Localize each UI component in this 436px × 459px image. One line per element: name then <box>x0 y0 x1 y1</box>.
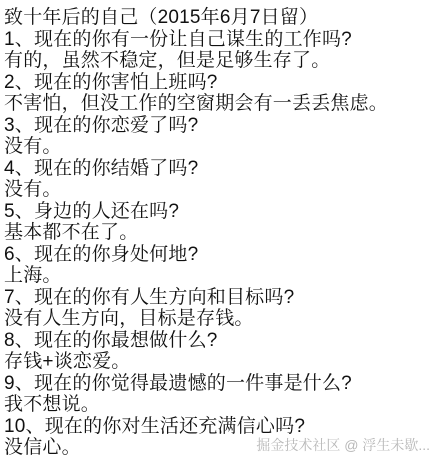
qa-item: 3、现在的你恋爱了吗? 没有。 <box>4 115 432 158</box>
qa-item: 5、身边的人还在吗? 基本都不在了。 <box>4 201 432 244</box>
answer-line: 存钱+谈恋爱。 <box>4 351 432 373</box>
qa-item: 4、现在的你结婚了吗? 没有。 <box>4 158 432 201</box>
answer-line: 没有。 <box>4 136 432 158</box>
question-line: 1、现在的你有一份让自己谋生的工作吗? <box>4 29 432 51</box>
question-line: 8、现在的你最想做什么? <box>4 330 432 352</box>
qa-item: 2、现在的你害怕上班吗? 不害怕，但没工作的空窗期会有一丢丢焦虑。 <box>4 72 432 115</box>
question-line: 4、现在的你结婚了吗? <box>4 158 432 180</box>
answer-line: 没有。 <box>4 179 432 201</box>
question-line: 5、身边的人还在吗? <box>4 201 432 223</box>
answer-line: 上海。 <box>4 265 432 287</box>
answer-line: 基本都不在了。 <box>4 222 432 244</box>
question-line: 7、现在的你有人生方向和目标吗? <box>4 287 432 309</box>
question-line: 2、现在的你害怕上班吗? <box>4 72 432 94</box>
qa-list: 1、现在的你有一份让自己谋生的工作吗? 有的，虽然不稳定，但是足够生存了。 2、… <box>4 29 432 459</box>
qa-item: 7、现在的你有人生方向和目标吗? 没有人生方向，目标是存钱。 <box>4 287 432 330</box>
answer-line: 我不想说。 <box>4 394 432 416</box>
question-line: 3、现在的你恋爱了吗? <box>4 115 432 137</box>
watermark: 掘金技术社区 @ 浮生未歇... <box>256 436 430 454</box>
question-line: 9、现在的你觉得最遗憾的一件事是什么? <box>4 373 432 395</box>
qa-item: 6、现在的你身处何地? 上海。 <box>4 244 432 287</box>
letter-document: 致十年后的自己（2015年6月7日留） 1、现在的你有一份让自己谋生的工作吗? … <box>0 0 436 459</box>
answer-line: 有的，虽然不稳定，但是足够生存了。 <box>4 50 432 72</box>
qa-item: 1、现在的你有一份让自己谋生的工作吗? 有的，虽然不稳定，但是足够生存了。 <box>4 29 432 72</box>
question-line: 6、现在的你身处何地? <box>4 244 432 266</box>
qa-item: 9、现在的你觉得最遗憾的一件事是什么? 我不想说。 <box>4 373 432 416</box>
answer-line: 没有人生方向，目标是存钱。 <box>4 308 432 330</box>
question-line: 10、现在的你对生活还充满信心吗? <box>4 416 432 438</box>
document-title: 致十年后的自己（2015年6月7日留） <box>4 7 432 29</box>
qa-item: 8、现在的你最想做什么? 存钱+谈恋爱。 <box>4 330 432 373</box>
answer-line: 不害怕，但没工作的空窗期会有一丢丢焦虑。 <box>4 93 432 115</box>
